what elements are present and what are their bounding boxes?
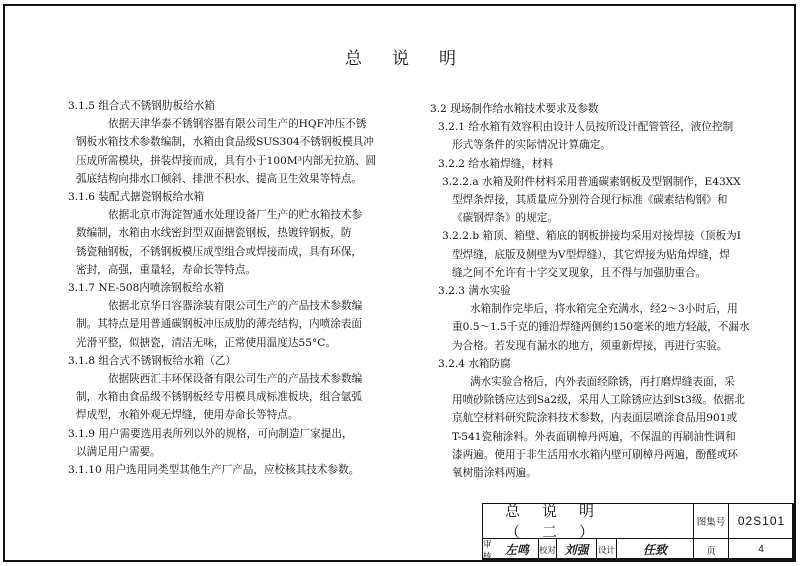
section-heading-3-1-7: 3.1.7 NE-508内喷涂钢板给水箱: [68, 279, 358, 297]
paragraph-line: 水箱制作完毕后，将水箱完全充满水，经2～3小时后，用: [430, 300, 730, 318]
atlas-number-label: 图集号: [693, 503, 728, 538]
paragraph-line: 以满足用户需要。: [68, 443, 358, 461]
section-heading-3-2: 3.2 现场制作给水箱技术要求及参数: [430, 100, 730, 118]
paragraph-line: 型焊条焊接，其质量应分别符合现行标准《碳素结构钢》和: [430, 191, 730, 209]
paragraph-line: 光滑平整，似搪瓷，清洁无味，正常使用温度达55°C。: [68, 334, 358, 352]
page-title: 总说明: [0, 44, 801, 69]
section-heading-3-1-9: 3.1.9 用户需要选用表所列以外的规格，可向制造厂家提出，: [68, 425, 358, 443]
title-block-title: 总说明（二）: [482, 503, 693, 538]
paragraph-line: 焊成型，水箱外观无焊缝，使用寿命长等特点。: [68, 406, 358, 424]
paragraph-line: 用喷砂除锈应达到Sa2级，采用人工除锈应达到St3级。依据北: [430, 391, 730, 409]
section-heading-3-1-5: 3.1.5 组合式不锈钢肋板给水箱: [68, 97, 358, 115]
paragraph-line: 京航空材料研究院涂料技术参数，内表面层喷涂食品用901或: [430, 409, 730, 427]
paragraph-line: 缝之间不允许有十字交叉现象，且不得与加强肋重合。: [430, 264, 730, 282]
section-heading-3-1-6: 3.1.6 装配式搪瓷钢板给水箱: [68, 188, 358, 206]
paragraph-line: 依据北京市海淀智通水处理设备厂生产的贮水箱技术参: [68, 206, 358, 224]
paragraph-line: 制，水箱由食品级不锈钢板经专用模具成标准板块，组合氩弧: [68, 388, 358, 406]
section-heading-3-2-2-a: 3.2.2.a 水箱及附件材料采用普通碳素钢板及型钢制作，E43XX: [430, 173, 730, 191]
paragraph-line: 满水实验合格后，内外表面经除锈，再打磨焊缝表面，采: [430, 373, 730, 391]
title-block: 总说明（二） 图集号 02S101 审核 左鸣 校对 刘强 设计 任致 页 4: [482, 503, 794, 560]
paragraph-line: 数编制，水箱由水线密封型双面搪瓷钢板，热镀锌钢板，防: [68, 224, 358, 242]
section-heading-3-1-8: 3.1.8 组合式不锈钢板给水箱（乙）: [68, 352, 358, 370]
section-heading-3-2-3: 3.2.3 满水实验: [430, 282, 730, 300]
paragraph-line: 氧树脂涂料两遍。: [430, 464, 730, 482]
right-column: 3.2 现场制作给水箱技术要求及参数 3.2.1 给水箱有效容积由设计人员按所设…: [430, 100, 730, 482]
paragraph-line: 依据陕西汇丰环保设备有限公司生产的产品技术参数编: [68, 370, 358, 388]
paragraph-line: 型焊缝，底版及侧壁为V型焊缝），其它焊接为贴角焊缝，焊: [430, 246, 730, 264]
review-label: 审核: [482, 538, 496, 560]
paragraph-line: 锈瓷釉钢板，不锈钢板模压成型组合或焊接而成，具有环保，: [68, 243, 358, 261]
paragraph-line: 压成所需模块，拼装焊接而成，具有小于100M³内部无拉筋、圆: [68, 152, 358, 170]
paragraph-line: 制。其特点是用普通碳钢板冲压成肋的薄壳结构，内喷涂表面: [68, 315, 358, 333]
paragraph-line: 依据天津华泰不锈钢容器有限公司生产的HQF冲压不锈: [68, 115, 358, 133]
paragraph-line: 依据北京华日容器涂装有限公司生产的产品技术参数编: [68, 297, 358, 315]
paragraph-line: 形式等条件的实际情况计算确定。: [430, 136, 730, 154]
check-label: 校对: [538, 538, 556, 560]
section-heading-3-1-10: 3.1.10 用户选用同类型其他生产厂产品，应校核其技术参数。: [68, 461, 358, 479]
section-heading-3-2-2-b: 3.2.2.b 箱顶、箱壁、箱底的钢板拼接均采用对接焊接（顶板为I: [430, 227, 730, 245]
section-heading-3-2-2: 3.2.2 给水箱焊缝，材料: [430, 155, 730, 173]
paragraph-line: 密封，高强，重量轻，寿命长等特点。: [68, 261, 358, 279]
paragraph-line: 漆两遍。使用于非生活用水水箱内壁可刷樟丹两遍，酚醛或环: [430, 446, 730, 464]
check-signature: 刘强: [556, 538, 596, 560]
paragraph-line: 为合格。若发现有漏水的地方，须重新焊接，再进行实验。: [430, 337, 730, 355]
paragraph-line: 弧底结构向排水口倾斜、排泄不积水、提高卫生效果等特点。: [68, 170, 358, 188]
paragraph-line: 《碳钢焊条》的规定。: [430, 209, 730, 227]
page-label: 页: [693, 538, 728, 560]
section-heading-3-2-1: 3.2.1 给水箱有效容积由设计人员按所设计配管管径，液位控制: [430, 118, 730, 136]
atlas-number: 02S101: [728, 503, 794, 538]
design-signature: 任致: [616, 538, 693, 560]
page-number: 4: [728, 538, 794, 560]
paragraph-line: 重0.5～1.5千克的锤沿焊缝两侧约150毫米的地方轻敲，不漏水: [430, 318, 730, 336]
section-heading-3-2-4: 3.2.4 水箱防腐: [430, 355, 730, 373]
review-signature: 左鸣: [496, 538, 538, 560]
paragraph-line: T-541瓷釉涂料。外表面刷樟丹两遍，不保温的再刷油性调和: [430, 428, 730, 446]
left-column: 3.1.5 组合式不锈钢肋板给水箱 依据天津华泰不锈钢容器有限公司生产的HQF冲…: [68, 97, 358, 479]
design-label: 设计: [596, 538, 616, 560]
paragraph-line: 钢板水箱技术参数编制，水箱由食品级SUS304不锈钢板模具冲: [68, 133, 358, 151]
